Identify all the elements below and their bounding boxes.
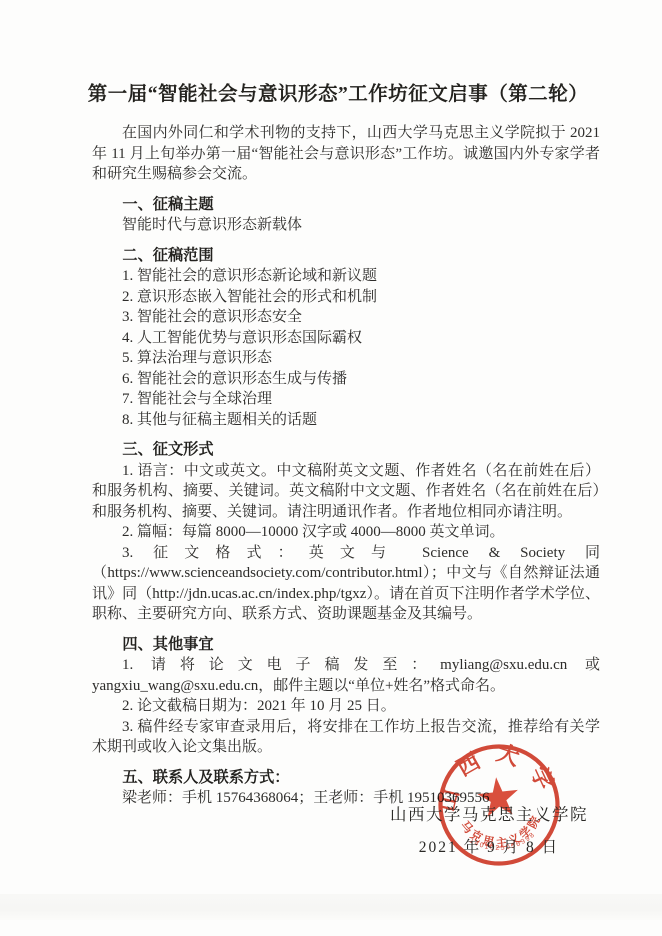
list-item: 4. 人工智能优势与意识形态国际霸权 bbox=[92, 328, 600, 349]
scope-list: 1. 智能社会的意识形态新论域和新议题 2. 意识形态嵌入智能社会的形式和机制 … bbox=[92, 266, 600, 430]
section-heading: 三、征文形式 bbox=[92, 440, 600, 461]
list-item: 3. 智能社会的意识形态安全 bbox=[92, 307, 600, 328]
section-call-scope: 二、征稿范围 1. 智能社会的意识形态新论域和新议题 2. 意识形态嵌入智能社会… bbox=[92, 246, 600, 431]
list-item: 7. 智能社会与全球治理 bbox=[92, 389, 600, 410]
scan-artifact-band bbox=[0, 894, 662, 920]
section-heading: 一、征稿主题 bbox=[92, 195, 600, 216]
section-heading: 四、其他事宜 bbox=[92, 635, 600, 656]
paragraph: 3. 征文格式：英文与 Science & Society 同（https://… bbox=[92, 543, 600, 625]
paragraph: 智能时代与意识形态新载体 bbox=[92, 215, 600, 236]
list-item: 8. 其他与征稿主题相关的话题 bbox=[92, 410, 600, 431]
paragraph: 2. 论文截稿日期为：2021 年 10 月 25 日。 bbox=[92, 696, 600, 717]
signature-block: 山西大学马克思主义学院 2021 年 9 月 8 日 bbox=[366, 805, 612, 857]
list-item: 1. 智能社会的意识形态新论域和新议题 bbox=[92, 266, 600, 287]
paragraph: 1. 语言：中文或英文。中文稿附英文文题、作者姓名（名在前姓在后）和服务机构、摘… bbox=[92, 461, 600, 523]
paragraph: 2. 篇幅：每篇 8000—10000 汉字或 4000—8000 英文单词。 bbox=[92, 522, 600, 543]
section-paper-format: 三、征文形式 1. 语言：中文或英文。中文稿附英文文题、作者姓名（名在前姓在后）… bbox=[92, 440, 600, 625]
intro-paragraph: 在国内外同仁和学术刊物的支持下，山西大学马克思主义学院拟于 2021 年 11 … bbox=[92, 123, 600, 185]
list-item: 6. 智能社会的意识形态生成与传播 bbox=[92, 369, 600, 390]
signature-organization: 山西大学马克思主义学院 bbox=[366, 805, 612, 825]
signature-date: 2021 年 9 月 8 日 bbox=[366, 838, 612, 857]
list-item: 5. 算法治理与意识形态 bbox=[92, 348, 600, 369]
document-body: 第一届“智能社会与意识形态”工作坊征文启事（第二轮） 在国内外同仁和学术刊物的支… bbox=[92, 82, 600, 809]
paragraph: 1. 请将论文电子稿发至：myliang@sxu.edu.cn 或 yangxi… bbox=[92, 655, 600, 696]
section-call-topic: 一、征稿主题 智能时代与意识形态新载体 bbox=[92, 195, 600, 236]
scanned-document-page: 第一届“智能社会与意识形态”工作坊征文启事（第二轮） 在国内外同仁和学术刊物的支… bbox=[0, 0, 662, 936]
list-item: 2. 意识形态嵌入智能社会的形式和机制 bbox=[92, 287, 600, 308]
section-heading: 二、征稿范围 bbox=[92, 246, 600, 267]
document-title: 第一届“智能社会与意识形态”工作坊征文启事（第二轮） bbox=[76, 82, 600, 108]
